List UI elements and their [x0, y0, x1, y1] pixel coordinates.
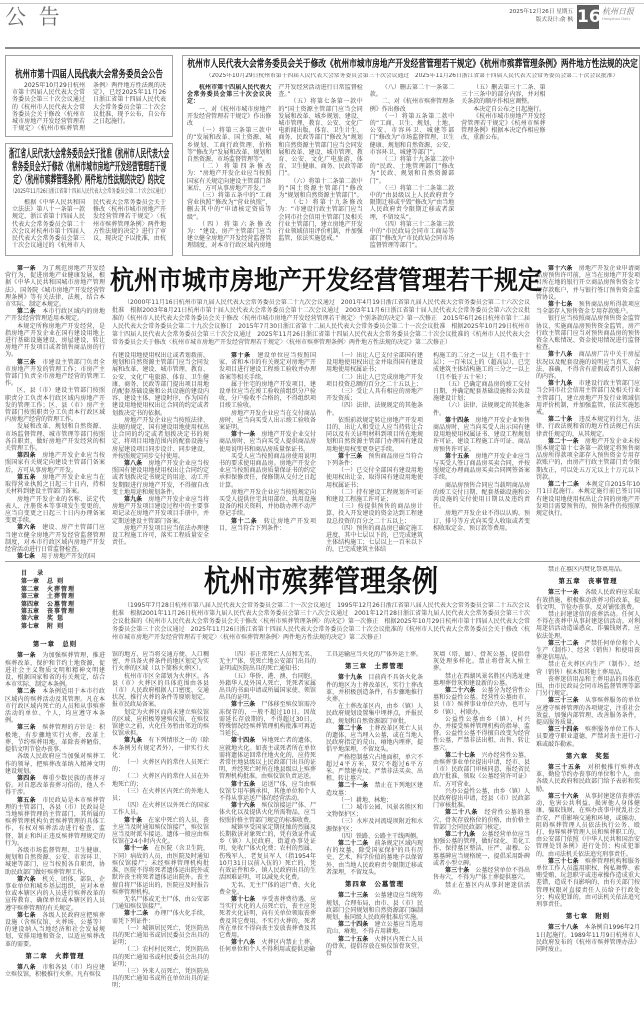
article: 第十一条 在医院（含卫生院，下同）病故的人员，由医院及时通知殡仪馆接尸；未经殡葬…: [112, 845, 209, 895]
paragraph: （三）将第二十二条第二款中的“由县级以上人民政府责令限期迁移或平毁”修改为“由当…: [370, 185, 454, 221]
article: 第十六条 殡仪馆接运尸体、尸体火化以及提供火化所需物品，应当按照价格主管部门规定…: [219, 802, 316, 824]
paragraph: （一）将第五条第二款中的“工商、卫生、规划、土地、公安、市容环卫、城建等部门”修…: [370, 113, 454, 156]
paragraph: （一）耕地、林地；: [326, 797, 423, 804]
chapter-heading: 第六章 奖惩: [536, 753, 640, 760]
article: 第六条 建设、房产主管部门应当建立健全房地产开发经营监督管理制度，对本市行政区域…: [5, 524, 105, 553]
article: 第九条 房地产开发企业应当将房地产开发项目建设过程中的主要事项记录在房地产开发项…: [112, 496, 209, 525]
top-rule: [0, 3, 644, 4]
continued-paragraph: 有建设用地使用权出让或者划拨前，规划和自然资源主管部门应当会同发展和改革、建设、…: [112, 352, 209, 417]
article-number: 第九条: [124, 496, 142, 503]
paragraph: （三）将第五条中的“工商营业执照”修改为“营业执照”，删去其中的“申请核定资质等…: [187, 192, 271, 221]
notice-body: 2025年10月29日杭州市第十四届人民代表大会常务委员会第三十次会议通过的《杭…: [12, 82, 166, 134]
paragraph: 严格控制墓穴占地面积，单穴不超过4平方米，双穴不超过6平方米。严禁建寿坟。严禁非…: [326, 754, 423, 783]
continued-paragraph: 工具运输应当火化的尸体外运土葬。: [326, 651, 423, 658]
article-number: 第十六条: [231, 802, 255, 809]
page-number-badge: 16: [577, 5, 599, 29]
article: 第二十五条 火葬区内死亡人员的骨灰，提倡存放在殡仪馆骨灰堂、骨: [326, 936, 423, 958]
approval-text: 根据《中华人民共和国立法法》第八十一条第一款规定，浙江省第十四届人民代表大会常务…: [12, 199, 166, 253]
paragraph: （四）预售的商品房已确定施工进度，其中七层以下的，已完成建筑主体结构施工；七层以…: [326, 525, 423, 554]
article: 第三十七条 殡葬管理机构和服务单位工作人员滥用职权、徇私舞弊、索贿受贿、玩忽职守…: [536, 858, 640, 908]
article: 第二十六条 公墓分为经营性公墓和公益性公墓。经营性公墓由市、县（市）殡葬事业单位…: [433, 687, 530, 716]
article: 第三十一条 各级人民政府应采取有效措施，积极推动丧葬习俗改革，提倡文明、节俭办丧…: [536, 589, 640, 611]
funeral-right-column: 禁止在墓区内焚化祭奠用品。第五章 丧事管理第三十一条 各级人民政府应采取有效措施…: [536, 566, 640, 1022]
page-number: 16: [577, 7, 601, 27]
paragraph: 商品房预售合同应当载明商品房的竣工交付日期、配套基础设施和公共设施的交付使用日期…: [433, 482, 530, 511]
article: 第十六条 房地产开发企业申请商品房预售许可前，应当在房地产开发项目所在地的银行开…: [536, 265, 640, 301]
article: 第十二条 转让房地产开发项目，应当符合下列条件：: [219, 518, 316, 532]
issue-date: 2025年12月26日 星期五: [509, 8, 573, 16]
paragraph: 银行应当按照商品房预售资金监管协议，实施商品房预售资金监管。房产行政主管部门应当…: [536, 315, 640, 351]
paragraph: （二）农村村民死亡，凭医院出具的死亡通知书或村民委员会出具的证明；: [112, 946, 209, 968]
table-of-contents: 目 录 第一章总 则 第二章火葬管理 第三章土葬管理 第四章公墓管理 第五章丧事…: [5, 570, 105, 630]
article: 第三十二条 严禁任何单位和个人生产（制作）、经营（销售）和使用丧葬迷信用品。: [536, 640, 640, 662]
paragraph: 禁止封建迷信的丧葬活动。任何人不得在丧葬中从事封建迷信活动。对利用迷信活动造谣惑…: [536, 611, 640, 640]
masthead-english: Hangzhou Daily: [602, 17, 642, 22]
toc-item: 第一章总 则: [21, 578, 105, 585]
paragraph: （一）将第三条第三款中的“发展和改革、国土资源、城乡规划、工商行政管理、价格等”…: [187, 127, 271, 163]
article-number: 第五条: [17, 474, 36, 481]
article-number: 第二十八条: [445, 809, 478, 816]
toc-chapter-name: 奖 惩: [47, 615, 64, 622]
paragraph: 杭州市市区全部划为火葬区。各县（市）火葬区的具体范围由各县（市）人民政府根据人口…: [112, 673, 209, 709]
funeral-headline: 杭州市殡葬管理条例: [110, 565, 532, 595]
funeral-column-3: 工具运输应当火化的尸体外运土葬。第三章 土葬管理第十九条 目前尚不具备火化条件的…: [326, 651, 423, 1022]
paragraph: 房地产开发项目应当依法办理建设工程施工许可，落实工程质量安全责任。: [112, 525, 209, 547]
article: 第二条 本市行政区域内的房地产开发经营管理适用本规定。: [5, 308, 105, 322]
masthead-logo: 杭州日报: [602, 7, 642, 17]
article-number: 第二十三条: [338, 892, 368, 899]
funeral-column-1: 馆的地方，应当将交通方便、人口稠密，并具备火葬条件的地区划定为实行火葬的区域（以…: [112, 651, 209, 1022]
paragraph: （二）城市公园、风景名胜区和文物保护区；: [326, 804, 423, 818]
paragraph: 城镇享受国家定期抚恤的烈属及长期救济对象死亡的，凭有效证件或乡（镇）人民政府、街…: [219, 824, 316, 882]
article-number: 第二十一条: [338, 782, 368, 789]
amendment-decision-box: 杭州市人民代表大会常务委员会关于修改《杭州市城市房地产开发经营管理若干规定》《杭…: [182, 55, 640, 256]
article-number: 第八条: [17, 964, 36, 971]
article: 第二十一条 禁止在下列地区建造坟墓：: [326, 782, 423, 796]
paragraph: 属于住宅的房地产开发项目，建设单位应当在竣工验收前组织分户验收，分户验收不合格的…: [219, 381, 316, 410]
article: 第十四条 异地死亡者的遗体，应就地火化。如丧主或死者所在单位需将遗体运回常住地火…: [219, 737, 316, 780]
paragraph: 在土葬改革区内，由乡（镇）人民政府规划设置集中埋葬点，并报民政、规划和自然资源部…: [326, 703, 423, 725]
article: 第三十三条 从事殡葬服务的单位应遵守殡葬管理的各项规定，注重社会效益，加强内部管…: [536, 697, 640, 726]
paragraph: （六）法律、法规规定的其他条件。: [433, 402, 530, 416]
continued-paragraph: 构施工的二分之一以上（且不低于十层）；一百米以上的（超高层），已完成建筑主体结构…: [433, 352, 530, 381]
real-estate-column-3: （一）出让人已支付全部国有建设用地使用权出让金并取得国有建设用地使用权属证书；（…: [326, 352, 423, 558]
paragraph: （三）按提供预售的商品房计算，投入开发建设的资金达到工程建设总投资的百分之二十五…: [326, 503, 423, 525]
article-number: 第二十条: [548, 416, 573, 423]
paragraph: （五）华侨、港、澳、台同胞、外籍华人及外国人死亡，凭死者家属出具的书面申请或所属…: [219, 673, 316, 702]
toc-chapter-name: 土葬管理: [47, 593, 75, 600]
paragraph: （四）将第三十二条第三款中的“市民政局会同市工商局等部门”修改为“市民政局会同市…: [370, 221, 454, 250]
article-number: 第九条: [124, 737, 142, 744]
article: 第十三条 预售商品房应当符合下列条件：: [326, 453, 423, 467]
article-number: 第十二条: [124, 910, 148, 917]
real-estate-left-column: 第一条 为了规范房地产开发经营行为，促进房地产业健康发展，根据《中华人民共和国城…: [5, 265, 105, 559]
article: 第三十条 公墓经营单位不得出售寿穴，不得为尸体土葬提供墓穴。: [433, 867, 530, 881]
paragraph: （二）持有建设工程规划许可证和建设工程施工许可证；: [326, 489, 423, 503]
article-number: 第十四条: [445, 417, 469, 424]
article: 第十三条 尸体移至殡仪馆需冷冻保存的，一般不超过10日。因故需延长存放期的，不得…: [219, 701, 316, 737]
article-number: 第十条: [231, 352, 251, 359]
chapter-heading: 第四章 公墓管理: [326, 881, 423, 888]
approval-body: 根据《中华人民共和国立法法》第八十一条第一款规定，浙江省第十四届人民代表大会常务…: [12, 199, 166, 253]
paragraph: 房地产开发企业的名称、法定代表人、注册资本等事项发生变更的，应当自变更之日起三十…: [5, 496, 105, 525]
issue-info: 2025年12月26日 星期五 版式设计:俞 枫: [509, 8, 573, 24]
article: 第八条 市和各县（市）均应建立殡仪馆，积极推行火葬。凡有殡仪: [5, 964, 105, 978]
real-estate-title: 杭州市城市房地产开发经营管理若干规定: [110, 265, 542, 296]
article-number: 第七条: [17, 553, 35, 559]
paragraph: 本规定所称房地产开发经营，是指房地产开发企业在国有建设用地上进行基础设施建设、房…: [5, 323, 105, 359]
article: 第十五条 运送尸体，应当由殡仪馆专用车辆承担，其他单位和个人不得从事运送尸体的经…: [219, 781, 316, 803]
article: 第三条 殡葬管理的方针是：积极地、有步骤地实行火葬，改革土葬，节约殡葬用地，革除…: [5, 724, 105, 753]
toc-item: 第四章公墓管理: [21, 601, 105, 608]
continued-paragraph: 灰墙（塔、廊）、骨灰公墓，提倡骨灰处理多样化。禁止将骨灰入棺土葬。: [433, 651, 530, 673]
paragraph: （五）已确定商品房的竣工交付日期，并确定配套基础设施和公共设施建设计划；: [433, 381, 530, 403]
paragraph: 禁止在墓区内从事封建迷信活动。: [433, 882, 530, 896]
article-number: 第一条: [17, 265, 36, 272]
paragraph: （八）删去第二十一条第二款。: [370, 84, 454, 98]
article-number: 第十四条: [231, 737, 255, 744]
article: 第一条 为了规范房地产开发经营行为，促进房地产业健康发展，根据《中华人民共和国城…: [5, 265, 105, 308]
real-estate-headline: 杭州市城市房地产开发经营管理若干规定: [110, 265, 532, 293]
masthead: 杭州日报 Hangzhou Daily: [602, 7, 642, 22]
article: 第一条 为加强殡葬管理，推进殡葬改革，保护和节约土地资源，促进社会主义物质文明和…: [5, 652, 105, 688]
article-number: 第三十一条: [548, 589, 579, 596]
article: 第十四条 房地产开发企业预售商品房时，应当向买受人出示国有建设用地使用权属证书、…: [433, 417, 530, 453]
paragraph: 房地产开发企业应当按照法律、法规的规定、国有建设用地使用权出让合同的约定或者划拨…: [112, 417, 209, 460]
article-number: 第十二条: [231, 518, 257, 525]
paragraph: （一）已交付全部国有建设用地使用权出让金，取得国有建设用地使用权属证书；: [326, 467, 423, 489]
article-number: 第十三条: [338, 453, 362, 460]
real-estate-right-column: 第十六条 房地产开发企业申请商品房预售许可前，应当在房地产开发项目所在地的银行开…: [536, 265, 640, 557]
paragraph: 丧葬迷信用品和土葬用品的具体范围，由市民政局会同市场监督管理等部门另行规定。: [536, 676, 640, 698]
article: 第三条 市建设主管部门负责全市房地产开发的管理工作；市房产主管部门负责全市房地产…: [5, 359, 105, 388]
paragraph: （四）在火葬区以外死亡的国家工作人员。: [112, 802, 209, 816]
article-number: 第八条: [124, 460, 142, 467]
paragraph: 一、对《杭州市城市房地产开发经营管理若干规定》作出修改: [187, 106, 271, 128]
chapter-heading: 第七章 附则: [536, 913, 640, 920]
article: 第二十条 土葬改革区死亡人员的遗体，应当埋入公墓，或在当地人民政府指定的荒山、瘠…: [326, 725, 423, 754]
article: 第五条 市民政局是本市殡葬管理的主管部门，各县（市）民政局是当地殡葬管理的主管部…: [5, 797, 105, 847]
article-number: 第二条: [17, 688, 36, 695]
article-number: 第七条: [17, 912, 36, 919]
article: 第二十条 违反本规定的行为，法律、行政法规和省的地方性法规已有法律责任规定的，从…: [536, 416, 640, 438]
paragraph: （三）受让人具有相应的房地产开发资质；: [326, 388, 423, 402]
section-title: 公 告: [5, 5, 63, 29]
article-number: 第十七条: [548, 301, 573, 308]
chapter-heading: 第三章 土葬管理: [326, 663, 423, 670]
funeral-column-4: 灰墙（塔、廊）、骨灰公墓，提倡骨灰处理多样化。禁止将骨灰入棺土葬。禁止在西湖风景…: [433, 651, 530, 1022]
article-number: 第十五条: [445, 453, 469, 460]
article: 第十八条 火葬区内禁止土葬。任何单位和个人不得利用或提供运输: [219, 939, 316, 953]
article: 第十九条 目前尚不具备火化条件的地区为土葬改革区，实行土葬改革，并积极创造条件，…: [326, 674, 423, 703]
toc-chapter-name: 总 则: [47, 578, 64, 585]
article-number: 第四条: [17, 452, 36, 459]
approval-subtitle: （2025年11月26日浙江省第十四届人民代表大会常务委员会第二十次会议通过）: [9, 188, 170, 195]
article-number: 第十五条: [231, 781, 255, 788]
paragraph: 公益性公墓由乡（镇）、村兴办，并接受殡葬管理机构的指导、监督。公益性公墓不得擅自…: [433, 716, 530, 752]
article: 第十条 建设单位应当按照国家、省和本市的有关规定对房地产开发项目进行建设工程竣工…: [219, 352, 316, 381]
article-number: 第一条: [17, 652, 36, 659]
paragraph: 房地产开发企业应当在交付商品房时，应当向买受人出示竣工验收备案证明。: [219, 410, 316, 432]
article: 第三十八条 本条例自1996年2月1日起施行。1989年11月9日杭州市人民政府…: [536, 924, 640, 953]
article-number: 第三十六条: [548, 793, 579, 800]
article: 第三十四条 殡葬服务单位工作人员要遵守职业道德，严禁对丧主进行刁难或敲诈勒索。: [536, 726, 640, 748]
article-number: 第二十条: [338, 725, 362, 732]
article-number: 第十条: [124, 817, 142, 824]
article-number: 第十九条: [338, 674, 362, 681]
article-number: 第二十一条: [548, 438, 579, 445]
real-estate-history: （2000年11月16日杭州市第九届人民代表大会常务委员会第二十九次会议通过 2…: [112, 299, 530, 349]
paragraph: 禁止在火葬区内生产（制作）、经营（销售）棺木和其他土葬用品。: [536, 661, 640, 675]
article-number: 第十一条: [124, 845, 148, 852]
article: 第七条 用于房地产开发的国: [5, 553, 105, 559]
article-number: 第三十八条: [548, 924, 578, 931]
article-number: 第二十七条: [445, 752, 475, 759]
chapter-heading: 第二章 火葬管理: [5, 953, 105, 960]
paragraph: 各级人民政府应当加强对殡葬工作的领导，把殡葬改革纳入精神文明建设规划。: [5, 753, 105, 775]
paragraph: （五）删去第三十二条、第三十三条中的部分内容，并对相关条款的顺序作相应调整。: [461, 84, 545, 106]
notice-50-box: 杭州市第十四届人民代表大会常务委员会公告 第50号 2025年10月29日杭州市…: [5, 55, 173, 137]
paragraph: （二）火葬区内的常住人员在外地死亡的；: [112, 773, 209, 787]
paragraph: （二）出让人已完成房地产开发项目投资总额的百分之二十五以上；: [326, 374, 423, 388]
funeral-title: 杭州市殡葬管理条例: [204, 565, 438, 600]
paragraph: （二）将第十九条第二款中的“民政、土地管理部门”修改为“民政、规划和自然资源部门…: [370, 156, 454, 185]
paragraph: 无名尸体或无主尸体，由公安部门通知殡仪馆接尸。: [112, 896, 209, 910]
article-number: 第二十六条: [445, 687, 475, 694]
article: 第八条 房地产开发企业应当按照国有建设用地使用权出让合同约定或者划拨决定书规定的…: [112, 460, 209, 496]
toc-chapter-number: 第三章: [21, 593, 47, 600]
article-number: 第四条: [17, 775, 36, 782]
article: 第五条 房地产开发企业应当在取得营业执照之日起三十日内，持相关材料到建设主管部门…: [5, 474, 105, 496]
article: 第四条 尊重少数民族的丧葬习俗。对自愿改革丧葬习俗的，他人不得干涉。: [5, 775, 105, 797]
toc-item: 第六章奖 惩: [21, 615, 105, 622]
article-number: 第三十条: [445, 867, 469, 874]
article: 第六条 机关、团体、部队、企事业单位和城乡基层组织，应对本单位或本辖区内的人员进…: [5, 876, 105, 912]
article: 第二十二条 本规定自2015年10月1日起施行。本规定施行前已签订国有建设用地使…: [536, 481, 640, 517]
toc-chapter-name: 附 则: [47, 623, 64, 630]
toc-chapter-number: 第一章: [21, 578, 47, 585]
paragraph: 房地产开发企业应当按照规定向买受人提供住宅共用部位、共用设施设备的相关资料，并协…: [219, 489, 316, 518]
paragraph: 买受人应当按照商品房使用说明书的要求使用商品房。房地产开发企业应当按照商品房质量…: [219, 453, 316, 489]
paragraph: （一）出让人已支付全部国有建设用地使用权出让金并取得国有建设用地使用权属证书；: [326, 352, 423, 374]
toc-chapter-number: 第四章: [21, 601, 47, 608]
article-number: 第二十五条: [338, 936, 368, 943]
chapter-heading: 第一章 总则: [5, 641, 105, 648]
article-number: 第十七条: [231, 896, 255, 903]
article: 第十七条 预售商品房所得款项应当全部存入预售资金专用存款账户。: [536, 301, 640, 315]
article: 第十七条 享受丧葬费待遇、应当实行火化的人员死亡后，丧主应凭死者火化证明，向有关…: [219, 896, 316, 939]
article: 第三十六条 从事封建迷信丧葬活动，危害公共利益、损害他人身体健康、骗取钱财，在殡…: [536, 793, 640, 858]
notice-number: 第50号: [6, 73, 172, 80]
funeral-left-text: 第一章 总则第一条 为加强殡葬管理，推进殡葬改革，保护和节约土地资源，促进社会主…: [5, 636, 105, 978]
decision-subtitle: （2025年10月29日杭州市第十四届人民代表大会常务委员会第三十次会议通过 2…: [187, 73, 637, 80]
article: 第九条 有下列情形之一的（除本条例另有规定者外），一律实行火化：: [112, 737, 209, 759]
toc-chapter-number: 第六章: [21, 615, 47, 622]
paragraph: 各级市场监督管理、卫生健康、规划和自然资源、公安、市容环卫、城建等部门，应当按照…: [5, 847, 105, 876]
article-number: 第二十四条: [338, 921, 368, 928]
article-number: 第三十五条: [548, 764, 581, 771]
article-number: 第三条: [17, 359, 36, 366]
article: 第三十五条 对积极推行殡葬改革、勤俭节约办丧事的单位和个人，由各级人民政府和民政…: [536, 764, 640, 793]
notice-text: 2025年10月29日杭州市第十四届人民代表大会常务委员会第三十次会议通过的《杭…: [12, 82, 166, 134]
article: 第二条 本条例适用于本市行政区域内的殡葬活动及其管理。凡在本市行政区域内死亡的人…: [5, 688, 105, 724]
article-number: 第三十二条: [548, 640, 579, 647]
article-number: 第十九条: [548, 380, 573, 387]
article-number: 第十一条: [231, 431, 255, 438]
paragraph: 二、对《杭州市殡葬管理条例》作出修改: [370, 98, 454, 112]
paragraph: 区、县（市）建设主管部门按照职责分工负责本行政区域内房地产开发的管理工作；区、县…: [5, 387, 105, 423]
article-number: 第二十二条: [548, 481, 579, 488]
article-number: 第十六条: [548, 265, 573, 272]
article: 第七条 各级人民政府应把殡葬设施（含殡仪馆、火葬场、公墓等）的建设纳入当地经济和…: [5, 912, 105, 948]
funeral-column-2: （四）非正常死亡人员和无名、无主尸体，凭死亡地公安部门出具的证明或医院出具的死亡…: [219, 651, 316, 1022]
real-estate-column-2: 第十条 建设单位应当按照国家、省和本市的有关规定对房地产开发项目进行建设工程竣工…: [219, 352, 316, 558]
article: 第二十一条 房地产开发企业未按照本规定第十七条第一款规定将预售商品房所得款项全部…: [536, 438, 640, 481]
article-number: 第十八条: [548, 351, 573, 358]
article: 第十条 在家中死亡的人员，丧主应当及时通知殡仪馆接尸，殡仪馆应当及时派车接运。遗…: [112, 817, 209, 846]
paragraph: 发展和改革、规划和自然资源、市场监督管理、城市管理等部门按照各自职责，做好房地产…: [5, 423, 105, 452]
article-number: 第三十三条: [548, 697, 579, 704]
toc-item: 第三章土葬管理: [21, 593, 105, 600]
article-number: 第三条: [17, 724, 36, 731]
paragraph: （二）将第四条修改为：“房地产开发企业应当按照国家有关规定向建设主管部门备案后，…: [187, 163, 271, 192]
paragraph: （一）火葬区内的常住人员死亡的；: [112, 759, 209, 773]
paragraph: （四）法律、法规规定的其他条件。: [326, 402, 423, 416]
article: 第二十二条 前条规定区域内现有的坟墓，除受国家保护的具有历史、艺术、科学价值的墓…: [326, 840, 423, 876]
article: 第二十三条 公墓建设应当统筹规划，合理布局，由市、县（市）民政部门会同规划和自然…: [326, 892, 423, 921]
funeral-history: （1995年7月28日杭州市第八届人民代表大会常务委员会第二十一次会议通过 19…: [112, 602, 530, 646]
paragraph: （一）城镇居民死亡，凭医院出具的死亡通知书或居民委员会出具的证明；: [112, 925, 209, 947]
paragraph: 划定为火葬区而尚未建立殡仪馆的区域，应积极筹建殡仪馆，在殡仪馆建立之前，火化任务…: [112, 709, 209, 738]
article: 第二十八条 经营性公墓的墓穴、骨灰存放格位的价格，由价格主管部门会同民政部门核定…: [433, 809, 530, 831]
paragraph: 禁止在西湖风景名胜区内选址建墓埋葬骨灰和建设新的公墓。: [433, 673, 530, 687]
article: 第十一条 房地产开发企业交付商品房时，应当向买受人提供商品房使用说明书和商品房质…: [219, 431, 316, 453]
article: 第十八条 商品房广告中关于房屋状况以及配套设施的说明应当真实、合法、准确，不得含…: [536, 351, 640, 380]
decision-title: 杭州市人民代表大会常务委员会关于修改《杭州市城市房地产开发经营管理若干规定》《杭…: [187, 59, 638, 71]
layout-designer: 版式设计:俞 枫: [509, 16, 573, 24]
paragraph: （四）非正常死亡人员和无名、无主尸体，凭死亡地公安部门出具的证明或医院出具的死亡…: [219, 651, 316, 673]
paragraph: （六）将第十二条第二款中的“国土资源主管部门”修改为“规划和自然资源主管部门”。: [278, 178, 362, 200]
article-number: 第三十四条: [548, 726, 579, 733]
article: 第二十九条 公墓经营单位应当加强公墓的管理，做好绿化、美化工作，保持墓区整洁、庄…: [433, 831, 530, 867]
paragraph: （七）将第十九条修改为：“市建设行政主管部门应当会同市社会信用主管部门及相关行业…: [278, 199, 362, 242]
provincial-approval-box: 浙江省人民代表大会常务委员会关于批准《杭州市人民代表大会常务委员会关于修改〈杭州…: [5, 143, 173, 256]
funeral-left-column: 目 录 第一章总 则 第二章火葬管理 第三章土葬管理 第四章公墓管理 第五章丧事…: [5, 566, 105, 1022]
paragraph: （三）外来人员死亡，凭医院出具的死亡通知书或所在单位出具的证明；: [112, 968, 209, 990]
chapter-heading: 第五章 丧事管理: [536, 578, 640, 585]
article-number: 第五条: [17, 797, 36, 804]
paragraph: 房地产开发企业不得以认购、预订、排号等方式向买受人收取或者变相收取定金、预订款等…: [433, 510, 530, 532]
article-number: 第二条: [17, 308, 36, 315]
toc-title: 目 录: [21, 570, 105, 577]
toc-chapter-number: 第七章: [21, 623, 47, 630]
article: 第二十七条 兴办经营性公墓，由殡葬事业单位提出申请，经市、县（市）民政部门审核同…: [433, 752, 530, 788]
real-estate-column-1: 有建设用地使用权出让或者划拨前，规划和自然资源主管部门应当会同发展和改革、建设、…: [112, 352, 209, 558]
article: 第十五条 房地产开发企业应当与买受人签订商品房买卖合同，并按照规定办理商品房买卖…: [433, 453, 530, 482]
paragraph: （三）水库及河流堤坝附近和水源保护区；: [326, 818, 423, 832]
approval-title: 浙江省人民代表大会常务委员会关于批准《杭州市人民代表大会常务委员会关于修改〈杭州…: [9, 147, 169, 186]
article: 第四条 房地产开发企业应当按照国家有关规定向建设主管部门备案后，方可从事房地产开…: [5, 452, 105, 474]
article-number: 第十八条: [231, 939, 255, 946]
article: 第二十四条 建立公墓应当选用荒山、瘠地，不得占用耕地。: [326, 921, 423, 935]
real-estate-column-4: 构施工的二分之一以上（且不低于十层）；一百米以上的（超高层），已完成建筑主体结构…: [433, 352, 530, 558]
paragraph: 依照前款规定转让房地产开发项目的，出让人和受让人应当持转让合同以及有关证明材料到…: [326, 417, 423, 453]
paragraph: （四）铁路、公路主干线两侧。: [326, 833, 423, 840]
lead-paragraph: 杭州市第十四届人民代表大会常务委员会第三十次会议决定：: [187, 84, 271, 106]
article-number: 第二十二条: [338, 840, 368, 847]
paragraph: 禁止在墓区内焚化祭奠用品。: [536, 566, 640, 573]
article-number: 第六条: [17, 524, 36, 531]
article-number: 第十三条: [231, 701, 255, 708]
decision-body: 杭州市第十四届人民代表大会常务委员会第三十次会议决定：一、对《杭州市城市房地产开…: [187, 84, 637, 252]
paragraph: （三）在火葬区内死亡的外地人员；: [112, 788, 209, 802]
paragraph: 本决定自公布之日起施行。: [461, 106, 545, 113]
continued-paragraph: 馆的地方，应当将交通方便、人口稠密，并具备火葬条件的地区划定为实行火葬的区域（以…: [112, 651, 209, 673]
article-number: 第二十九条: [445, 831, 475, 838]
toc-chapter-name: 公墓管理: [47, 601, 75, 608]
article-divider: [5, 561, 640, 562]
paragraph: 《杭州市城市房地产开发经营管理若干规定》《杭州市殡葬管理条例》根据本决定作相应修…: [461, 113, 545, 142]
toc-item: 第七章附 则: [21, 623, 105, 630]
paragraph: 无名、无主尸体的运尸费、火化费全免。: [219, 882, 316, 896]
article-number: 第六条: [17, 876, 36, 883]
article: 第十二条 办理尸体火化手续，需凭下列证件：: [112, 910, 209, 924]
article: 第十九条 市建设行政主管部门应当会同市社会信用主管部门及相关行业主管部门，建立房…: [536, 380, 640, 416]
paragraph: （五）将第七条第一款中的“国土资源主管部门应当会同发展和改革、城乡规划、建设、城…: [278, 98, 362, 177]
article-number: 第三十七条: [548, 858, 579, 865]
paragraph: 兴办公益性公墓，由乡（镇）人民政府提出申请，经县（市）民政部门审核批准。: [433, 788, 530, 810]
header-rule: [5, 47, 640, 49]
